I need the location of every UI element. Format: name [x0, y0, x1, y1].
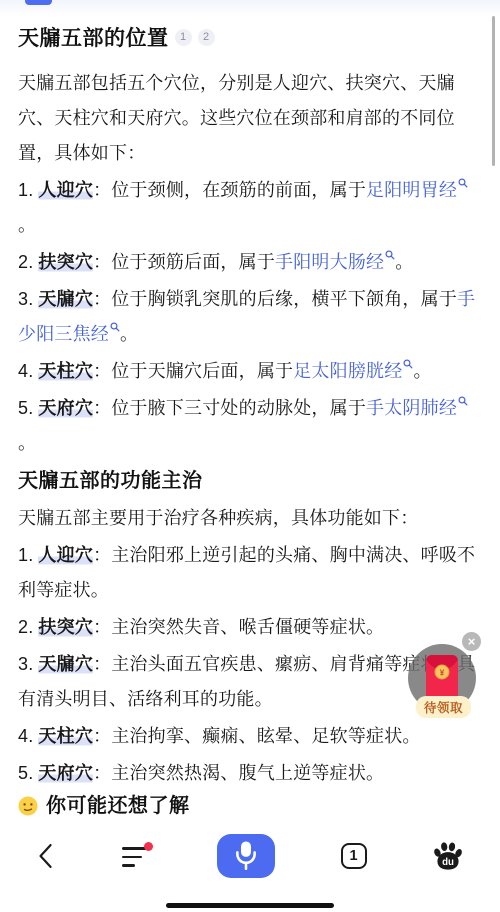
highlighted-term[interactable]: 天牖穴 — [38, 289, 93, 309]
notification-dot — [144, 842, 153, 851]
menu-button[interactable] — [122, 845, 152, 867]
thinking-face-emoji — [18, 796, 38, 816]
item-number: 4. — [18, 361, 33, 381]
section-title-functions: 天牖五部的功能主治 — [18, 467, 482, 495]
function-item-1: 1.人迎穴：主治阳邪上逆引起的头痛、胸中满决、呼吸不利等症状。 — [18, 538, 482, 608]
function-item-4: 4.天柱穴：主治拘挛、癫痫、眩晕、足软等症状。 — [18, 719, 482, 754]
highlighted-term[interactable]: 天柱穴 — [38, 361, 93, 381]
position-item-2: 2.扶突穴：位于颈筋后面，属于手阳明大肠经。 — [18, 245, 482, 280]
highlighted-term[interactable]: 人迎穴 — [38, 180, 93, 200]
back-chevron-icon — [36, 841, 56, 871]
intro-paragraph: 天牖五部包括五个穴位，分别是人迎穴、扶突穴、天牖穴、天柱穴和天府穴。这些穴位在颈… — [18, 66, 482, 171]
functions-intro-paragraph: 天牖五部主要用于治疗各种疾病，具体功能如下： — [18, 501, 482, 536]
page-title-text: 天牖五部的位置 — [18, 22, 169, 52]
item-number: 4. — [18, 726, 33, 746]
entity-link[interactable]: 手阳明大肠经 — [275, 252, 395, 272]
item-number: 3. — [18, 654, 33, 674]
position-item-4: 4.天柱穴：位于天牖穴后面，属于足太阳膀胱经。 — [18, 354, 482, 389]
highlighted-term[interactable]: 扶突穴 — [38, 252, 93, 272]
position-item-3: 3.天牖穴：位于胸锁乳突肌的后缘，横平下颌角，属于手少阳三焦经。 — [18, 282, 482, 352]
entity-link[interactable]: 手太阴肺经 — [366, 398, 468, 418]
entity-link[interactable]: 足太阳膀胱经 — [293, 361, 413, 381]
baidu-paw-icon: du — [432, 841, 464, 871]
tab-count: 1 — [349, 848, 357, 864]
baidu-result-screen: 天牖五部的位置 1 2 天牖五部包括五个穴位，分别是人迎穴、扶突穴、天牖穴、天柱… — [0, 0, 500, 912]
citation-badge-2[interactable]: 2 — [198, 29, 215, 46]
home-indicator[interactable] — [166, 903, 334, 908]
function-item-5: 5.天府穴：主治突然热渴、腹气上逆等症状。 — [18, 756, 482, 791]
item-number: 2. — [18, 252, 33, 272]
search-sup-icon — [458, 178, 468, 188]
item-number: 2. — [18, 617, 33, 637]
red-envelope-icon: ¥ — [425, 654, 459, 702]
search-sup-icon — [458, 396, 468, 406]
back-button[interactable] — [36, 841, 56, 871]
highlighted-term[interactable]: 天府穴 — [38, 763, 93, 783]
position-item-5: 5.天府穴：位于腋下三寸处的动脉处，属于手太阴肺经。 — [18, 391, 482, 461]
item-number: 5. — [18, 763, 33, 783]
red-packet-close-icon[interactable]: × — [462, 632, 481, 651]
svg-text:¥: ¥ — [440, 669, 445, 678]
related-questions-heading-text: 你可能还想了解 — [46, 793, 190, 819]
highlighted-term[interactable]: 天府穴 — [38, 398, 93, 418]
position-item-1: 1.人迎穴：位于颈侧，在颈筋的前面，属于足阳明胃经。 — [18, 173, 482, 243]
search-sup-icon — [110, 322, 120, 332]
item-number: 3. — [18, 289, 33, 309]
item-number: 1. — [18, 545, 33, 565]
page-title: 天牖五部的位置 1 2 — [18, 22, 482, 52]
search-sup-icon — [385, 250, 395, 260]
red-packet-widget: ¥ 待领取 × — [404, 628, 494, 722]
red-packet-status-badge: 待领取 — [416, 696, 471, 718]
search-sup-icon — [403, 359, 413, 369]
highlighted-term[interactable]: 天柱穴 — [38, 726, 93, 746]
microphone-icon — [221, 836, 271, 876]
feed-menu-icon — [122, 845, 152, 867]
highlighted-term[interactable]: 天牖穴 — [38, 654, 93, 674]
highlighted-term[interactable]: 人迎穴 — [38, 545, 93, 565]
svg-text:du: du — [442, 857, 454, 868]
highlighted-term[interactable]: 扶突穴 — [38, 617, 93, 637]
tab-switcher-button[interactable]: 1 — [341, 843, 367, 869]
voice-search-button[interactable] — [217, 834, 275, 878]
baidu-home-button[interactable]: du — [432, 841, 464, 871]
item-number: 1. — [18, 180, 33, 200]
entity-link[interactable]: 足阳明胃经 — [366, 180, 468, 200]
citation-badge-1[interactable]: 1 — [175, 29, 192, 46]
bottom-toolbar: 1 du — [0, 820, 500, 912]
item-number: 5. — [18, 398, 33, 418]
related-questions-heading: 你可能还想了解 — [18, 793, 482, 819]
